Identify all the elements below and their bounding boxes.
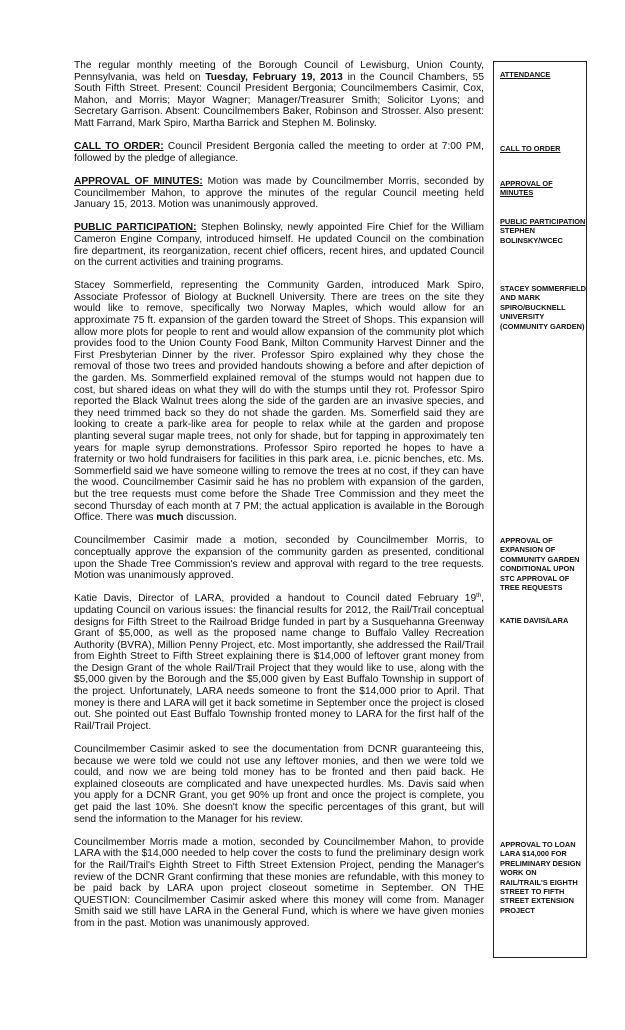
note-community-garden: STACEY SOMMERFIELD AND MARK SPIRO/BUCKNE… — [500, 284, 586, 331]
note-approval-of-minutes: APPROVAL OF MINUTES — [500, 179, 586, 198]
section-heading: APPROVAL OF MINUTES: — [74, 176, 203, 187]
minutes-body: The regular monthly meeting of the Borou… — [74, 60, 484, 941]
margin-notes-box: ATTENDANCE CALL TO ORDER APPROVAL OF MIN… — [493, 61, 587, 958]
lara-motion-paragraph: Councilmember Morris made a motion, seco… — [74, 837, 484, 930]
call-to-order-paragraph: CALL TO ORDER: Council President Bergoni… — [74, 141, 484, 164]
meeting-date: Tuesday, February 19, 2013 — [205, 72, 342, 83]
note-attendance: ATTENDANCE — [500, 70, 586, 79]
section-heading: CALL TO ORDER: — [74, 141, 164, 152]
garden-motion-paragraph: Councilmember Casimir made a motion, sec… — [74, 535, 484, 581]
approval-of-minutes-paragraph: APPROVAL OF MINUTES: Motion was made by … — [74, 176, 484, 211]
note-public-participation: PUBLIC PARTICIPATION STEPHEN BOLINSKY/WC… — [500, 217, 586, 245]
community-garden-paragraph: Stacey Sommerfield, representing the Com… — [74, 280, 484, 523]
note-garden-approval: APPROVAL OF EXPANSION OF COMMUNITY GARDE… — [500, 536, 586, 592]
casimir-question-paragraph: Councilmember Casimir asked to see the d… — [74, 744, 484, 825]
section-heading: PUBLIC PARTICIPATION: — [74, 222, 197, 233]
note-lara-loan: APPROVAL TO LOAN LARA $14,000 FOR PRELIM… — [500, 840, 586, 915]
lara-report-paragraph: Katie Davis, Director of LARA, provided … — [74, 593, 484, 732]
note-call-to-order: CALL TO ORDER — [500, 144, 586, 153]
note-lara: KATIE DAVIS/LARA — [500, 616, 586, 625]
attendance-paragraph: The regular monthly meeting of the Borou… — [74, 60, 484, 130]
public-participation-paragraph: PUBLIC PARTICIPATION: Stephen Bolinsky, … — [74, 222, 484, 268]
